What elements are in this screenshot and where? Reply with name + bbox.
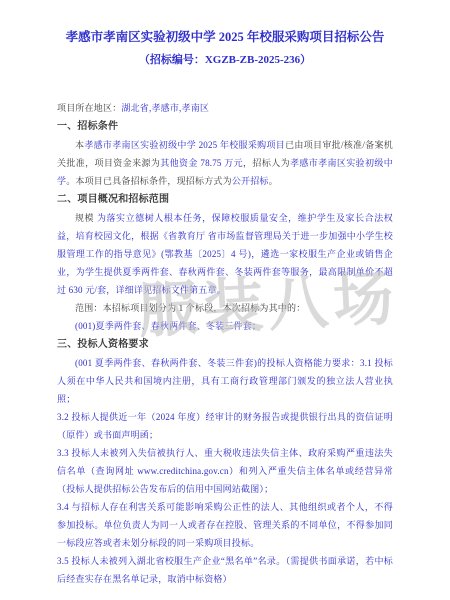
paragraph: 3.4 与招标人存在利害关系可能影响采购公正性的法人、其他组织或者个人，不得参加…: [57, 498, 393, 552]
text-run: 孝感市孝南区实验初级中学 2025 年校服采购项目: [84, 140, 285, 150]
text-run: 规模: [75, 213, 97, 223]
document-content: 孝感市孝南区实验初级中学 2025 年校服采购项目招标公告 （招标编号：XGZB…: [57, 30, 393, 588]
document-title: 孝感市孝南区实验初级中学 2025 年校服采购项目招标公告: [57, 30, 393, 45]
text-run: 公开招标: [232, 176, 269, 186]
paragraph: 范围：本招标项目划分为 1 个标段，本次招标为其中的：: [57, 299, 393, 317]
paragraph: 本孝感市孝南区实验初级中学 2025 年校服采购项目已由项目审批/核准/备案机关…: [57, 136, 393, 190]
section-heading: 一、招标条件: [57, 117, 393, 136]
paragraph: 3.2 投标人提供近一年（2024 年度）经审计的财务报告或提供银行出具的资信证…: [57, 408, 393, 444]
section-heading: 二、项目概况和招标范围: [57, 190, 393, 209]
text-run: 3.3 投标人未被列入失信被执行人、重大税收违法失信主体、政府采购严重违法失信名…: [57, 448, 393, 494]
text-run: 3.5 投标人未被列入湖北省校服生产企业“黑名单”名录。（需提供书面承诺，若中标…: [57, 556, 393, 584]
text-run: 项目所在地区：: [57, 103, 121, 113]
paragraph: 3.3 投标人未被列入失信被执行人、重大税收违法失信主体、政府采购严重违法失信名…: [57, 444, 393, 498]
text-run: 。本项目已具备招标条件，现招标方式为: [66, 176, 232, 186]
paragraph: (001)夏季两件套、春秋两件套、冬装三件套；: [57, 317, 393, 335]
paragraph: 3.5 投标人未被列入湖北省校服生产企业“黑名单”名录。（需提供书面承诺，若中标…: [57, 552, 393, 588]
text-run: ，招标人为: [243, 158, 290, 168]
paragraph: (001 夏季两件套、春秋两件套、冬装三件套)的投标人资格能力要求：3.1 投标…: [57, 354, 393, 408]
tender-number: （招标编号：XGZB-ZB-2025-236）: [57, 54, 393, 67]
text-run: 3.2 投标人提供近一年（2024 年度）经审计的财务报告或提供银行出具的资信证…: [57, 412, 393, 440]
text-run: 二、项目概况和招标范围: [57, 194, 169, 205]
text-run: 为落实立德树人根本任务，保障校服质量安全，维护学生及家长合法权益，培育校园文化，…: [57, 213, 393, 295]
text-run: 其他资金 78.75 万元: [160, 158, 243, 168]
paragraph: 规模 为落实立德树人根本任务，保障校服质量安全，维护学生及家长合法权益，培育校园…: [57, 209, 393, 299]
paragraph: 项目所在地区：湖北省,孝感市,孝南区: [57, 99, 393, 117]
text-run: (001)夏季两件套、春秋两件套、冬装三件套；: [75, 321, 261, 331]
text-run: 范围：本招标项目划分为 1 个标段，本次招标为其中的：: [75, 303, 305, 313]
text-run: 3.4 与招标人存在利害关系可能影响采购公正性的法人、其他组织或者个人，不得参加…: [57, 502, 393, 548]
document-body: 项目所在地区：湖北省,孝感市,孝南区一、招标条件本孝感市孝南区实验初级中学 20…: [57, 99, 393, 588]
document-page: 服装八场 孝感市孝南区实验初级中学 2025 年校服采购项目招标公告 （招标编号…: [0, 0, 450, 600]
section-heading: 三、投标人资格要求: [57, 335, 393, 354]
text-run: (001 夏季两件套、春秋两件套、冬装三件套)的投标人资格能力要求：3.1 投标…: [57, 358, 393, 404]
text-run: 。: [269, 176, 278, 186]
text-run: 湖北省,孝感市,孝南区: [121, 103, 209, 113]
text-run: 三、投标人资格要求: [57, 339, 149, 350]
text-run: 一、招标条件: [57, 121, 118, 132]
text-run: 本: [75, 140, 84, 150]
